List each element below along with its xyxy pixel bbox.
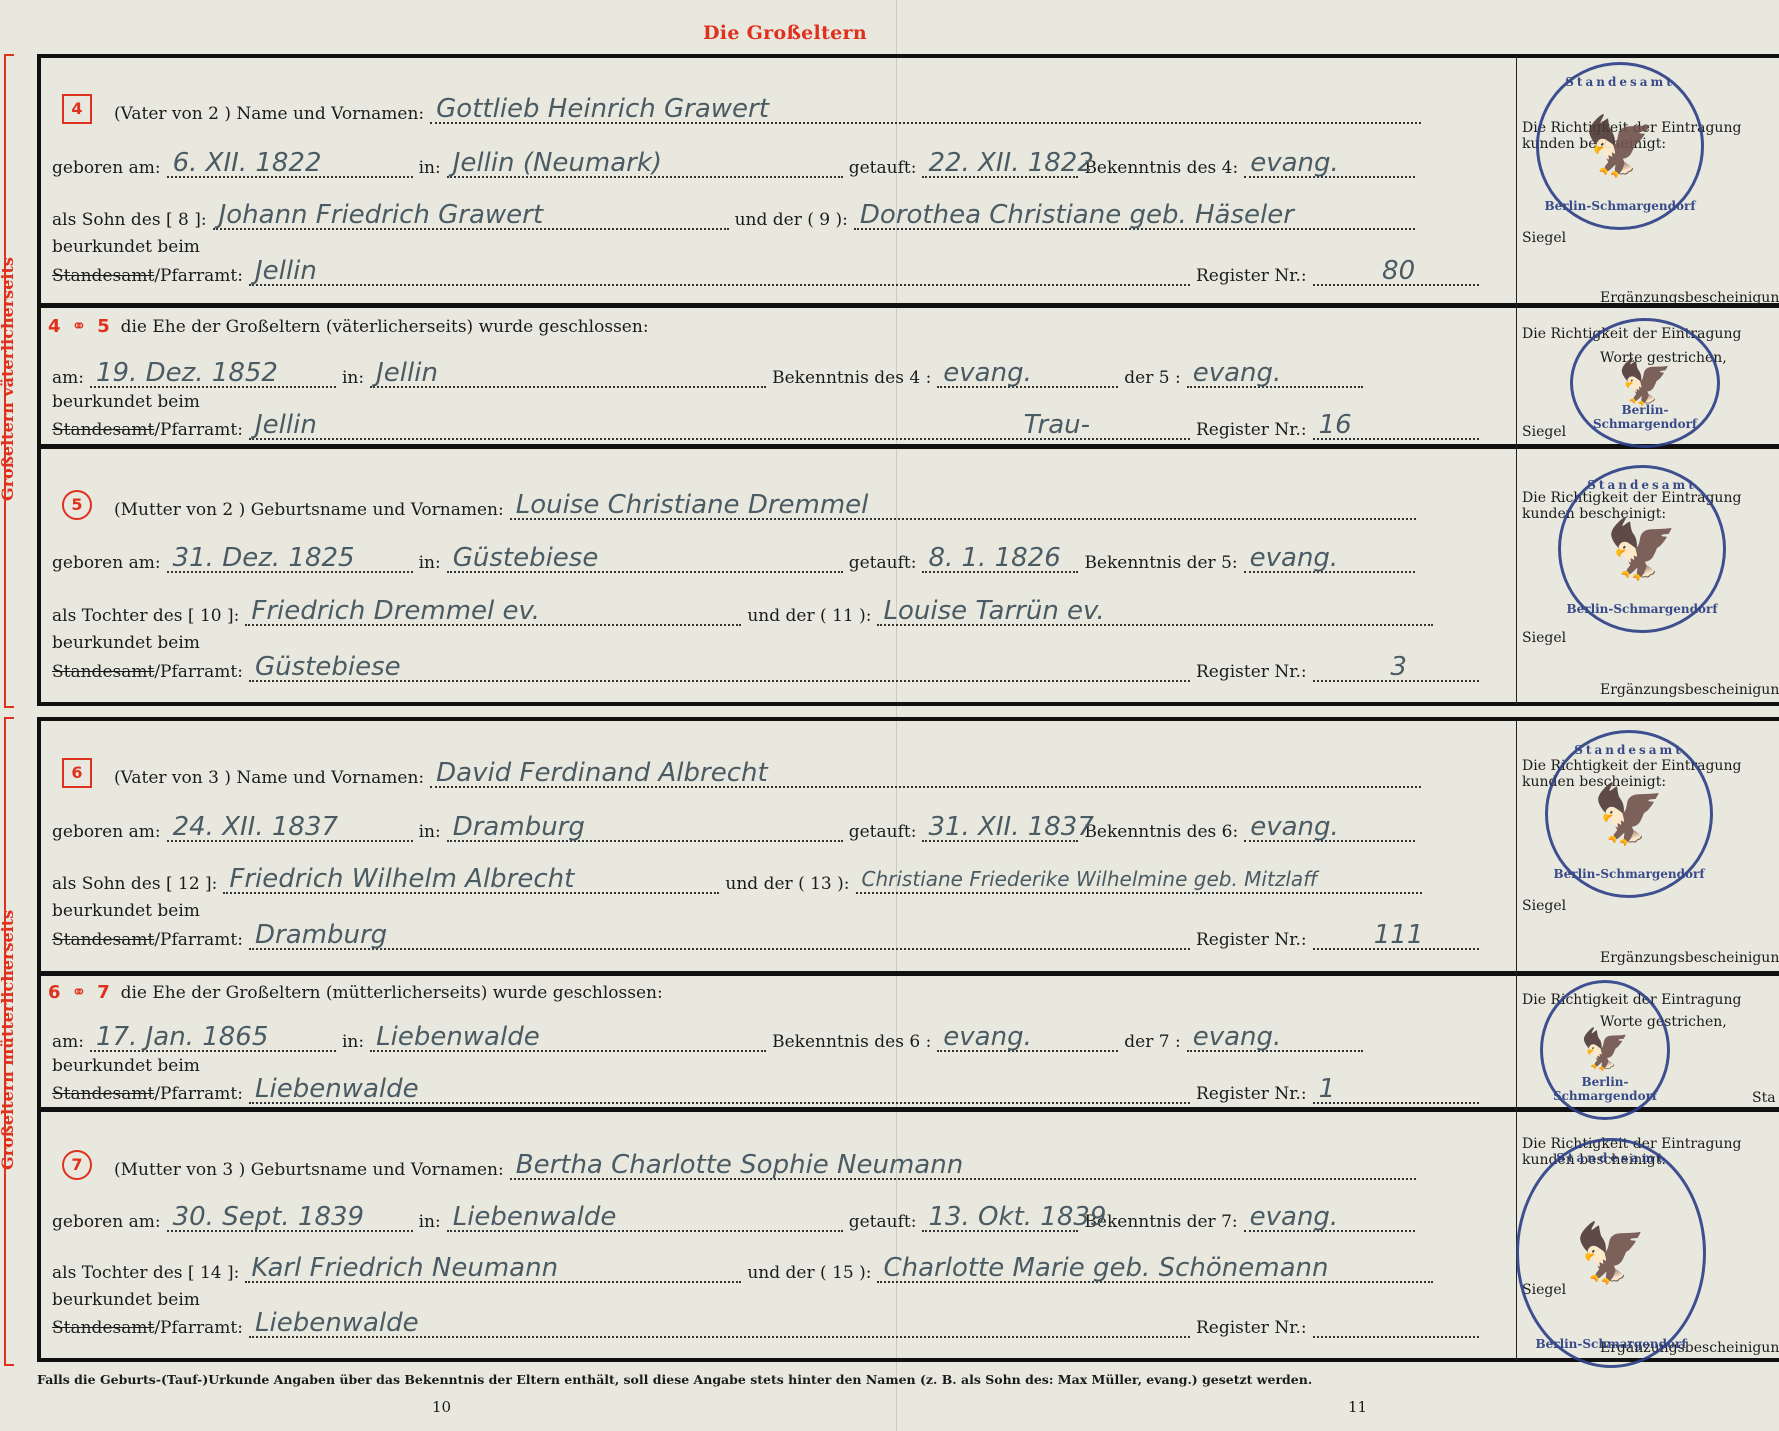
footnote: Falls die Geburts-(Tauf-)Urkunde Angaben… [37, 1372, 1312, 1387]
father-field[interactable]: Karl Friedrich Neumann [245, 1255, 741, 1283]
registry-value: Jellin [255, 410, 317, 440]
person-number-badge: 7 [62, 1150, 92, 1180]
born-place-field[interactable]: Jellin (Neumark) [447, 150, 843, 178]
official-stamp: 🦅 Berlin-Schmargendorf [1540, 980, 1670, 1120]
confession-label: Bekenntnis des [772, 368, 904, 388]
name-field[interactable]: David Ferdinand Albrecht [430, 760, 1421, 788]
beurkundet-text: beurkundet beim [52, 392, 200, 412]
confession-a-ref: 6 : [909, 1032, 931, 1052]
marriage-date-field[interactable]: 19. Dez. 1852 [90, 360, 336, 388]
official-stamp: Standesamt 🦅 Berlin-Schmargendorf [1536, 62, 1704, 230]
standesamt-label-struck: Standesamt [52, 420, 154, 440]
role-label: (Mutter von 3 ) [114, 1160, 245, 1180]
mother-field[interactable]: Christiane Friederike Wilhelmine geb. Mi… [856, 866, 1422, 894]
marriage-left-num: 6 [48, 982, 61, 1003]
official-stamp: Standesamt 🦅 Berlin-Schmargendorf [1558, 465, 1726, 633]
person-number-badge: 6 [62, 758, 92, 788]
supplement-label: Ergänzungsbescheinigung [1600, 950, 1779, 966]
register-nr-field[interactable]: 111 [1313, 922, 1479, 950]
page-number-right: 11 [1348, 1398, 1367, 1416]
register-nr-field[interactable] [1313, 1310, 1479, 1338]
beurkundet-label: beurkundet beim [52, 237, 200, 257]
supplement-label: Ergänzungsbescheinigung [1600, 290, 1779, 306]
seal-label: Siegel [1522, 424, 1566, 440]
stamp-bottom-text: Berlin-Schmargendorf [1543, 1075, 1667, 1103]
beurkundet-text: beurkundet beim [52, 901, 200, 921]
standesamt-label-struck: Standesamt [52, 1084, 154, 1104]
und-der-label: und der [747, 1263, 814, 1283]
confession-label: Bekenntnis der 7: [1084, 1212, 1237, 1232]
und-der-label: und der [747, 606, 814, 626]
pfarramt-label: /Pfarramt: [154, 1318, 243, 1338]
register-label: Register Nr.: [1196, 1084, 1307, 1104]
name-label: Geburtsname und Vornamen: [251, 1160, 504, 1180]
registry-field[interactable]: Güstebiese [249, 654, 1190, 682]
side-label-paternal: Großeltern väterlicherseits [0, 54, 28, 704]
register-nr-field[interactable]: 80 [1313, 258, 1479, 286]
page-number-left: 10 [432, 1398, 451, 1416]
name-field[interactable]: Gottlieb Heinrich Grawert [430, 96, 1421, 124]
confession-field[interactable]: evang. [1244, 150, 1415, 178]
mother-ref: ( 11 ): [820, 606, 871, 626]
mother-field[interactable]: Dorothea Christiane geb. Häseler [854, 202, 1415, 230]
confession-label: Bekenntnis des 4: [1084, 158, 1238, 178]
born-label: geboren am: [52, 158, 161, 178]
confession-b-field[interactable]: evang. [1187, 360, 1363, 388]
und-der-label: und der [725, 874, 792, 894]
born-date-field[interactable]: 31. Dez. 1825 [167, 545, 413, 573]
register-nr-field[interactable]: 16 [1313, 412, 1479, 440]
registry-field[interactable]: Liebenwalde [249, 1076, 1190, 1104]
eagle-emblem-icon: 🦅 [1575, 1224, 1647, 1282]
baptized-label: getauft: [849, 822, 917, 842]
person-number-badge: 5 [62, 490, 92, 520]
confession-field[interactable]: evang. [1244, 1204, 1415, 1232]
role-label: (Vater von 2 ) [114, 104, 231, 124]
pfarramt-label: /Pfarramt: [154, 266, 243, 286]
registry-field[interactable]: JellinTrau- [249, 412, 1190, 440]
standesamt-label-struck: Standesamt [52, 1318, 154, 1338]
pfarramt-label: /Pfarramt: [154, 662, 243, 682]
baptized-field[interactable]: 8. 1. 1826 [922, 545, 1078, 573]
eagle-emblem-icon: 🦅 [1580, 1021, 1630, 1079]
pfarramt-label: /Pfarramt: [154, 1084, 243, 1104]
beurkundet-text: beurkundet beim [52, 1290, 200, 1310]
am-label: am: [52, 1032, 84, 1052]
marriage-heading: die Ehe der Großeltern (väterlicherseits… [121, 317, 649, 337]
name-label: Name und Vornamen: [236, 104, 424, 124]
confession-b-ref: 5 : [1159, 368, 1181, 388]
person-number-badge: 4 [62, 94, 92, 124]
marriage-rings-icon: ⚭ [71, 982, 86, 1003]
confession-field[interactable]: evang. [1244, 814, 1415, 842]
pfarramt-label: /Pfarramt: [154, 930, 243, 950]
baptized-field[interactable]: 13. Okt. 1839 [922, 1204, 1078, 1232]
page-title: Die Großeltern [0, 22, 1570, 44]
father-field[interactable]: Friedrich Wilhelm Albrecht [223, 866, 719, 894]
seal-label: Siegel [1522, 630, 1566, 646]
divider [37, 1107, 1779, 1112]
born-place-field[interactable]: Güstebiese [447, 545, 843, 573]
divider [37, 303, 1779, 308]
born-date-field[interactable]: 6. XII. 1822 [167, 150, 413, 178]
marriage-left-num: 4 [48, 316, 61, 337]
seal-label: Siegel [1522, 898, 1566, 914]
name-field[interactable]: Louise Christiane Dremmel [510, 492, 1416, 520]
baptized-field[interactable]: 22. XII. 1822 [922, 150, 1078, 178]
mother-ref: ( 15 ): [820, 1263, 871, 1283]
born-place-field[interactable]: Liebenwalde [447, 1204, 843, 1232]
born-label: geboren am: [52, 1212, 161, 1232]
stamp-top-text: Standesamt [1561, 478, 1723, 492]
born-place-field[interactable]: Dramburg [447, 814, 843, 842]
born-date-field[interactable]: 24. XII. 1837 [167, 814, 413, 842]
stamp-top-text: Standesamt [1519, 1151, 1703, 1165]
in-label: in: [342, 1032, 364, 1052]
confession-b-field[interactable]: evang. [1187, 1024, 1363, 1052]
marriage-right-num: 5 [97, 316, 110, 337]
standesamt-label-struck: Standesamt [52, 662, 154, 682]
register-label: Register Nr.: [1196, 1318, 1307, 1338]
stamp-bottom-text: Berlin-Schmargendorf [1519, 1337, 1703, 1351]
in-label: in: [419, 553, 441, 573]
born-label: geboren am: [52, 822, 161, 842]
in-label: in: [419, 1212, 441, 1232]
confession-field[interactable]: evang. [1244, 545, 1415, 573]
registry-field[interactable]: Dramburg [249, 922, 1190, 950]
marriage-right-num: 7 [97, 982, 110, 1003]
in-label: in: [419, 158, 441, 178]
mother-ref: ( 13 ): [798, 874, 849, 894]
eagle-emblem-icon: 🦅 [1606, 520, 1678, 578]
parent-ref: [ 8 ]: [166, 210, 207, 230]
mother-ref: ( 9 ): [807, 210, 848, 230]
official-stamp: 🦅 Berlin-Schmargendorf [1570, 318, 1720, 448]
register-nr-field[interactable]: 1 [1313, 1076, 1479, 1104]
father-field[interactable]: Friedrich Dremmel ev. [245, 598, 741, 626]
stamp-bottom-text: Berlin-Schmargendorf [1539, 199, 1701, 213]
confession-label: Bekenntnis des 6: [1084, 822, 1238, 842]
seal-label: Siegel [1522, 230, 1566, 246]
role-label: (Vater von 3 ) [114, 768, 231, 788]
standesamt-label-struck: Standesamt [52, 930, 154, 950]
und-der-label: und der [735, 210, 802, 230]
parent-label: als Sohn des [52, 210, 161, 230]
baptized-label: getauft: [849, 553, 917, 573]
marriage-date-field[interactable]: 17. Jan. 1865 [90, 1024, 336, 1052]
role-label: (Mutter von 2 ) [114, 500, 245, 520]
born-date-field[interactable]: 30. Sept. 1839 [167, 1204, 413, 1232]
register-label: Register Nr.: [1196, 420, 1307, 440]
parent-ref: [ 14 ]: [188, 1263, 239, 1283]
born-label: geboren am: [52, 553, 161, 573]
confession-b-ref: 7 : [1159, 1032, 1181, 1052]
supplement-label: Ergänzungsbescheinigung [1600, 682, 1779, 698]
baptized-field[interactable]: 31. XII. 1837 [922, 814, 1078, 842]
parent-label: als Tochter des [52, 1263, 183, 1283]
parent-ref: [ 12 ]: [166, 874, 217, 894]
name-label: Geburtsname und Vornamen: [251, 500, 504, 520]
father-field[interactable]: Johann Friedrich Grawert [213, 202, 729, 230]
official-stamp: Standesamt 🦅 Berlin-Schmargendorf [1545, 730, 1713, 898]
in-label: in: [342, 368, 364, 388]
divider [37, 444, 1779, 449]
parent-label: als Tochter des [52, 606, 183, 626]
am-label: am: [52, 368, 84, 388]
confession-label: Bekenntnis der 5: [1084, 553, 1237, 573]
confession-label: Bekenntnis des [772, 1032, 904, 1052]
stamp-bottom-text: Berlin-Schmargendorf [1573, 403, 1717, 431]
stamp-bottom-text: Berlin-Schmargendorf [1561, 602, 1723, 616]
in-label: in: [419, 822, 441, 842]
side-label-maternal: Großeltern mütterlicherseits [0, 717, 28, 1362]
stamp-bottom-text: Berlin-Schmargendorf [1548, 867, 1710, 881]
confession-a-ref: 4 : [909, 368, 931, 388]
register-label: Register Nr.: [1196, 930, 1307, 950]
beurkundet-text: beurkundet beim [52, 1056, 200, 1076]
divider [37, 971, 1779, 976]
register-nr-field[interactable]: 3 [1313, 654, 1479, 682]
registry-field[interactable]: Liebenwalde [249, 1310, 1190, 1338]
baptized-label: getauft: [849, 1212, 917, 1232]
official-stamp: Standesamt 🦅 Berlin-Schmargendorf [1516, 1138, 1706, 1368]
der-label: der [1124, 368, 1153, 388]
stamp-top-text: Standesamt [1539, 75, 1701, 89]
stamp-top-text: Standesamt [1548, 743, 1710, 757]
marriage-heading: die Ehe der Großeltern (mütterlicherseit… [121, 983, 663, 1003]
eagle-emblem-icon: 🦅 [1584, 117, 1656, 175]
parent-label: als Sohn des [52, 874, 161, 894]
beurkundet-text: beurkundet beim [52, 633, 200, 653]
pfarramt-label: /Pfarramt: [154, 420, 243, 440]
confession-a-field[interactable]: evang. [937, 1024, 1118, 1052]
parent-ref: [ 10 ]: [188, 606, 239, 626]
marriage-place-field[interactable]: Jellin [370, 360, 766, 388]
register-label: Register Nr.: [1196, 266, 1307, 286]
standesamt-label-struck: Standesamt [52, 266, 154, 286]
eagle-emblem-icon: 🦅 [1593, 785, 1665, 843]
name-field[interactable]: Bertha Charlotte Sophie Neumann [510, 1152, 1416, 1180]
marriage-place-field[interactable]: Liebenwalde [370, 1024, 766, 1052]
der-label: der [1124, 1032, 1153, 1052]
cert-text: Sta [1752, 1090, 1776, 1106]
name-label: Name und Vornamen: [236, 768, 424, 788]
registry-field[interactable]: Jellin [249, 258, 1190, 286]
register-label: Register Nr.: [1196, 662, 1307, 682]
mother-field[interactable]: Louise Tarrün ev. [877, 598, 1433, 626]
beurkundet-text: beurkundet beim [52, 237, 200, 257]
registry-extra: Trau- [1024, 412, 1090, 438]
baptized-label: getauft: [849, 158, 917, 178]
marriage-rings-icon: ⚭ [71, 316, 86, 337]
certification-column-divider [1516, 58, 1517, 704]
mother-field[interactable]: Charlotte Marie geb. Schönemann [877, 1255, 1433, 1283]
confession-a-field[interactable]: evang. [937, 360, 1118, 388]
